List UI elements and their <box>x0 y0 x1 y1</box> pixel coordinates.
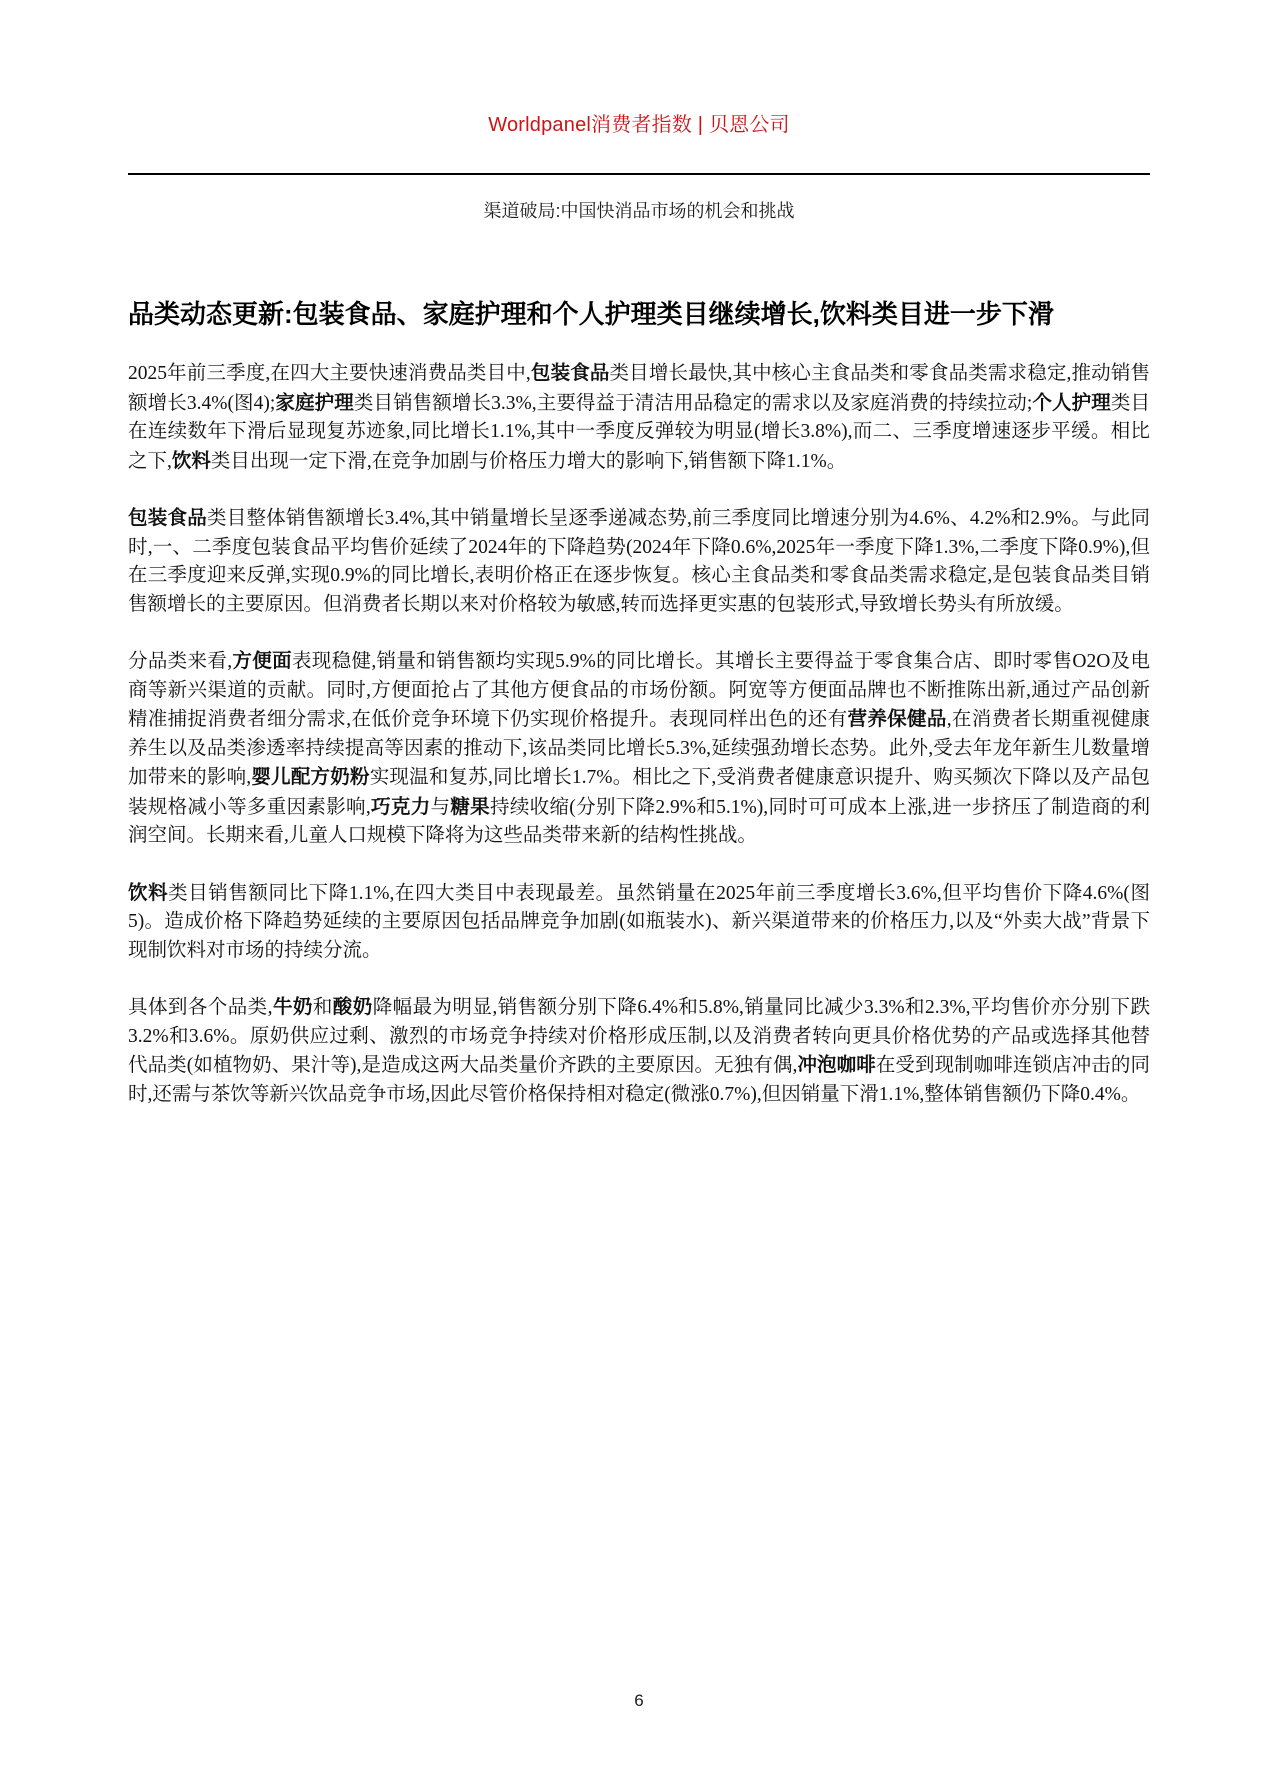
bold-text-run: 饮料 <box>128 882 168 904</box>
bold-text-run: 饮料 <box>172 450 211 472</box>
bold-text-run: 牛奶 <box>273 996 313 1018</box>
text-run: 与 <box>431 797 451 818</box>
bold-text-run: 方便面 <box>232 650 292 672</box>
paragraph: 包装食品类目整体销售额增长3.4%,其中销量增长呈逐季递减态势,前三季度同比增速… <box>128 504 1150 619</box>
paragraph: 2025年前三季度,在四大主要快速消费品类目中,包装食品类目增长最快,其中核心主… <box>128 359 1150 476</box>
paragraph: 饮料类目销售额同比下降1.1%,在四大类目中表现最差。虽然销量在2025年前三季… <box>128 879 1150 966</box>
text-run: 和 <box>313 997 333 1018</box>
paragraph: 具体到各个品类,牛奶和酸奶降幅最为明显,销售额分别下降6.4%和5.8%,销量同… <box>128 993 1150 1109</box>
article-body: 2025年前三季度,在四大主要快速消费品类目中,包装食品类目增长最快,其中核心主… <box>128 331 1150 1109</box>
bold-text-run: 家庭护理 <box>275 392 354 414</box>
bold-text-run: 酸奶 <box>333 996 373 1018</box>
text-run: 具体到各个品类, <box>128 997 273 1018</box>
document-page: Worldpanel消费者指数 | 贝恩公司 渠道破局:中国快消品市场的机会和挑… <box>0 0 1276 1789</box>
text-run: 类目销售额同比下降1.1%,在四大类目中表现最差。虽然销量在2025年前三季度增… <box>128 883 1150 961</box>
section-title: 品类动态更新:包装食品、家庭护理和个人护理类目继续增长,饮料类目进一步下滑 <box>128 297 1150 331</box>
header-divider-rule <box>128 173 1150 175</box>
bold-text-run: 包装食品 <box>531 362 610 384</box>
bold-text-run: 巧克力 <box>371 796 431 818</box>
text-run: 分品类来看, <box>128 651 232 672</box>
bold-text-run: 糖果 <box>450 796 490 818</box>
report-brand-header: Worldpanel消费者指数 | 贝恩公司 <box>128 108 1150 137</box>
text-run: 类目出现一定下滑,在竞争加剧与价格压力增大的影响下,销售额下降1.1%。 <box>211 451 846 472</box>
text-run: 2025年前三季度,在四大主要快速消费品类目中, <box>128 363 531 384</box>
page-number: 6 <box>128 1691 1150 1711</box>
bold-text-run: 冲泡咖啡 <box>797 1054 875 1076</box>
bold-text-run: 个人护理 <box>1032 392 1111 414</box>
report-subtitle: 渠道破局:中国快消品市场的机会和挑战 <box>128 197 1150 223</box>
text-run: 类目整体销售额增长3.4%,其中销量增长呈逐季递减态势,前三季度同比增速分别为4… <box>128 508 1150 615</box>
bold-text-run: 包装食品 <box>128 507 207 529</box>
bold-text-run: 婴儿配方奶粉 <box>251 766 370 788</box>
text-run: 类目销售额增长3.3%,主要得益于清洁用品稳定的需求以及家庭消费的持续拉动; <box>354 393 1032 414</box>
bold-text-run: 营养保健品 <box>847 708 946 730</box>
paragraph: 分品类来看,方便面表现稳健,销量和销售额均实现5.9%的同比增长。其增长主要得益… <box>128 647 1150 851</box>
